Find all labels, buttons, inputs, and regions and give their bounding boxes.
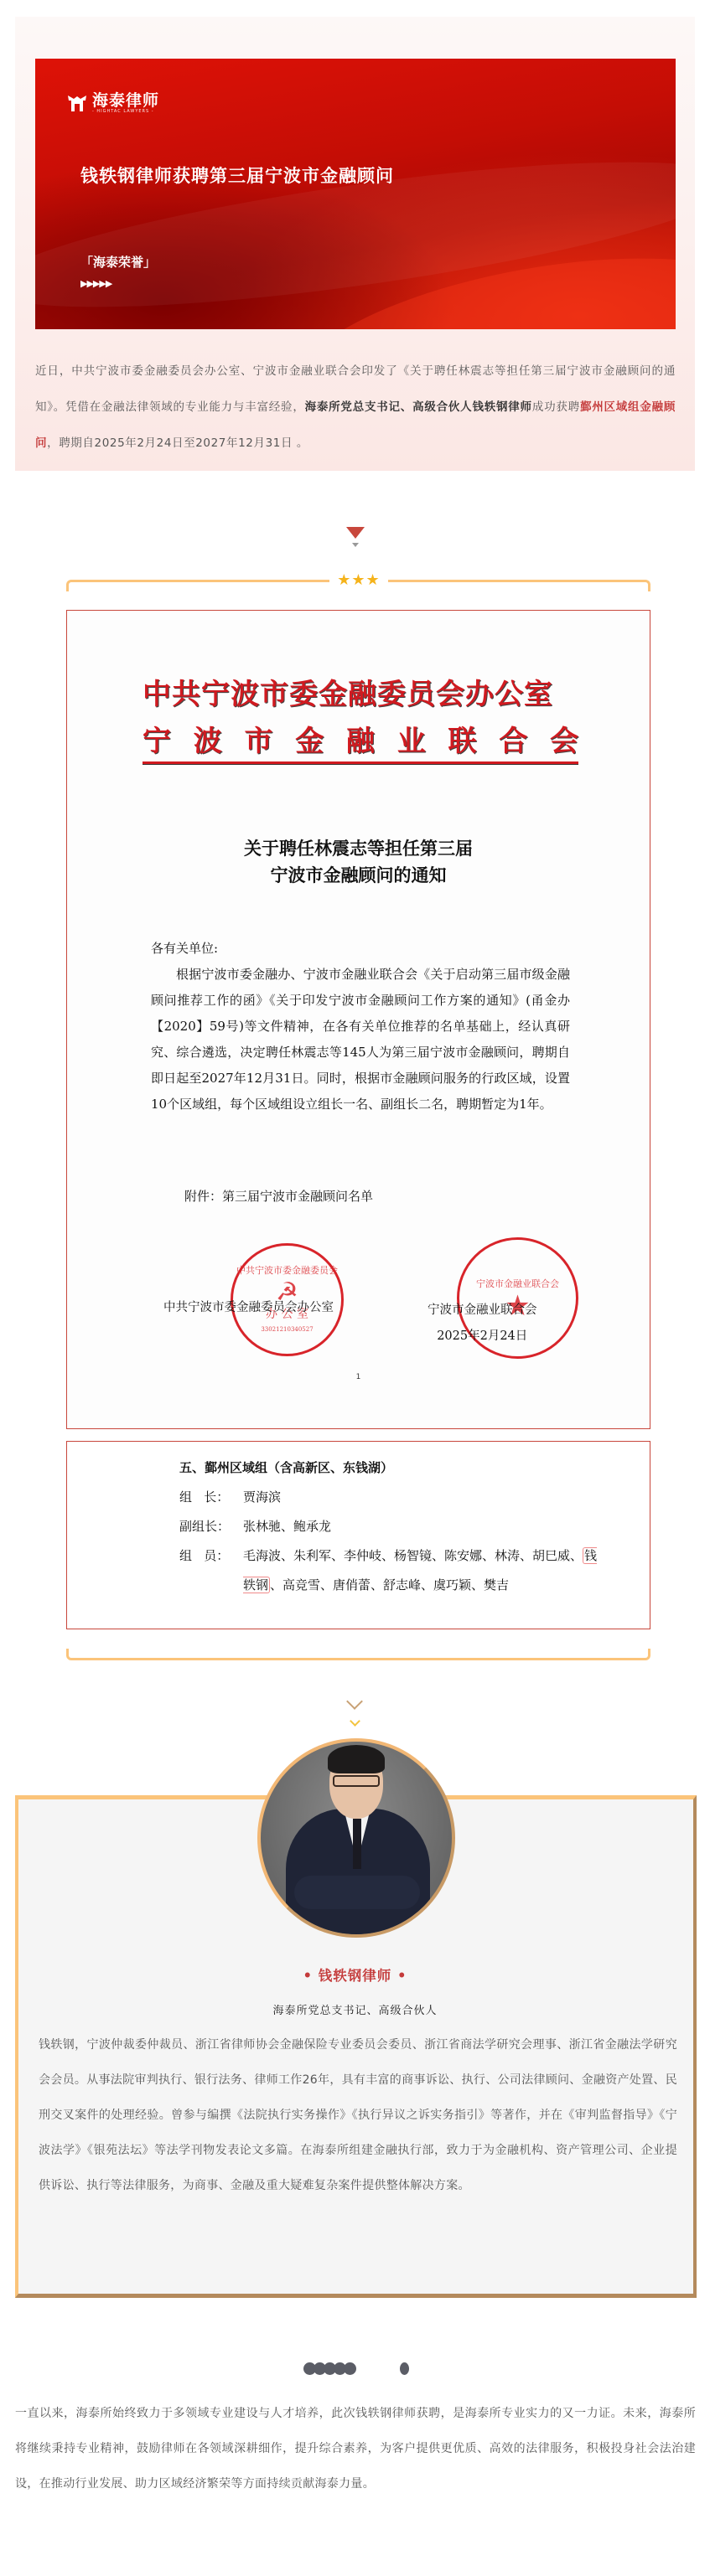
roster-row-members: 组 员： 毛海波、朱利军、李仲岐、杨智镜、陈安娜、林涛、胡巳威、钱轶钢、高竞雪、… bbox=[179, 1541, 604, 1600]
roster-label: 副组长： bbox=[179, 1512, 243, 1541]
roster-heading: 五、鄞州区域组（含高新区、东钱湖） bbox=[179, 1453, 604, 1483]
seal-code: 33021210340527 bbox=[236, 1322, 338, 1337]
triangle-down-icon bbox=[346, 527, 365, 539]
profile-title: 海泰所党总支书记、高级合伙人 bbox=[0, 2001, 710, 2017]
logo-tagline: - HIGHTAC LAWYERS - bbox=[92, 109, 159, 114]
dot-icon bbox=[400, 2362, 409, 2375]
issuer-char: 联 bbox=[448, 718, 477, 759]
logo-name: 海泰律师 bbox=[92, 92, 159, 109]
issuer-char: 会 bbox=[550, 718, 578, 759]
issuer-char: 融 bbox=[346, 718, 375, 759]
roster-row-deputy: 副组长： 张林驰、鲍承龙 bbox=[179, 1512, 604, 1541]
closing-paragraph: 一直以来，海泰所始终致力于多领域专业建设与人才培养，此次钱轶钢律师获聘，是海泰所… bbox=[15, 2396, 696, 2501]
profile-bio: 钱轶钢，宁波仲裁委仲裁员、浙江省律师协会金融保险专业委员会委员、浙江省商法学研究… bbox=[39, 2027, 677, 2203]
portrait-glasses bbox=[333, 1775, 380, 1787]
document-salutation: 各有关单位: bbox=[151, 936, 570, 962]
document-attachment: 附件：第三届宁波市金融顾问名单 bbox=[184, 1187, 373, 1205]
document-title-line2: 宁波市金融顾问的通知 bbox=[67, 862, 650, 889]
roster-value: 贾海滨 bbox=[243, 1483, 604, 1512]
logo-mark-icon bbox=[67, 93, 87, 113]
signature-name: 宁波市金融业联合会 bbox=[428, 1298, 537, 1324]
intro-text: ，聘期自2025年2月24日至2027年12月31日 。 bbox=[47, 436, 308, 450]
roster-value: 张林驰、鲍承龙 bbox=[243, 1512, 604, 1541]
stars-icon: ★★★ bbox=[329, 572, 388, 589]
intro-highlight-bold: 海泰所党总支书记、高级合伙人钱轶钢律师 bbox=[305, 400, 532, 414]
signature-issuer1: 中共宁波市委金融委员会办公室 bbox=[163, 1298, 334, 1315]
roster-label: 组 长： bbox=[179, 1483, 243, 1512]
portrait-tie bbox=[353, 1819, 361, 1869]
seal-text: 中共宁波市委金融委员会 bbox=[236, 1263, 338, 1278]
header-banner: 海泰律师 - HIGHTAC LAWYERS - 钱轶钢律师获聘第三届宁波市金融… bbox=[35, 59, 676, 329]
chevron-down-icon bbox=[346, 1693, 363, 1710]
issuer-char: 合 bbox=[499, 718, 527, 759]
gold-bracket-bottom bbox=[66, 1649, 650, 1660]
brand-logo: 海泰律师 - HIGHTAC LAWYERS - bbox=[67, 92, 159, 114]
roster-label: 组 员： bbox=[179, 1541, 243, 1600]
document-body-text: 根据宁波市委金融办、宁波市金融业联合会《关于启动第三届市级金融顾问推荐工作的函》… bbox=[151, 962, 570, 1118]
signature-issuer2: 宁波市金融业联合会 2025年2月24日 bbox=[428, 1298, 537, 1350]
arrows-icon: ▶▶▶▶▶ bbox=[80, 278, 111, 289]
banner-tag: 「海泰荣誉」 bbox=[80, 253, 156, 271]
document-issuer-line2: 宁 波 市 金 融 业 联 合 会 bbox=[143, 718, 578, 759]
dots-divider-icon bbox=[303, 2362, 354, 2375]
document-issuer-line1: 中共宁波市委金融委员会办公室 bbox=[143, 671, 578, 712]
document-title: 关于聘任林震志等担任第三届 宁波市金融顾问的通知 bbox=[67, 835, 650, 889]
members-text: 毛海波、朱利军、李仲岐、杨智镜、陈安娜、林涛、胡巳威、 bbox=[243, 1548, 583, 1563]
profile-name: • 钱轶钢律师 • bbox=[0, 1964, 710, 1985]
document-date: 2025年2月24日 bbox=[428, 1324, 537, 1350]
roster-excerpt: 五、鄞州区域组（含高新区、东钱湖） 组 长： 贾海滨 副组长： 张林驰、鲍承龙 … bbox=[66, 1441, 650, 1629]
issuer-char: 市 bbox=[245, 718, 273, 759]
intro-text: 成功获聘 bbox=[532, 400, 580, 414]
red-header-rule bbox=[143, 761, 578, 765]
notice-document: 中共宁波市委金融委员会办公室 宁 波 市 金 融 业 联 合 会 关于聘任林震志… bbox=[66, 610, 650, 1429]
lawyer-portrait bbox=[257, 1738, 455, 1938]
dot bbox=[344, 2362, 356, 2375]
roster-row-leader: 组 长： 贾海滨 bbox=[179, 1483, 604, 1512]
document-body: 各有关单位: 根据宁波市委金融办、宁波市金融业联合会《关于启动第三届市级金融顾问… bbox=[151, 936, 570, 1118]
page-number: 1 bbox=[67, 1373, 650, 1381]
banner-title: 钱轶钢律师获聘第三届宁波市金融顾问 bbox=[80, 163, 394, 188]
portrait-hair bbox=[328, 1745, 385, 1773]
document-title-line1: 关于聘任林震志等担任第三届 bbox=[67, 835, 650, 862]
issuer-char: 金 bbox=[295, 718, 324, 759]
triangle-down-small-icon bbox=[352, 543, 359, 547]
portrait-arms bbox=[294, 1876, 420, 1909]
issuer-char: 波 bbox=[194, 718, 222, 759]
issuer-char: 业 bbox=[397, 718, 426, 759]
issuer-char: 宁 bbox=[143, 718, 171, 759]
chevron-down-small-icon bbox=[350, 1716, 360, 1727]
roster-value: 毛海波、朱利军、李仲岐、杨智镜、陈安娜、林涛、胡巳威、钱轶钢、高竞雪、唐俏蕾、舒… bbox=[243, 1541, 604, 1600]
intro-paragraph: 近日，中共宁波市委金融委员会办公室、宁波市金融业联合会印发了《关于聘任林震志等担… bbox=[35, 354, 676, 462]
members-text: 、高竞雪、唐俏蕾、舒志峰、虞巧颖、樊吉 bbox=[270, 1577, 509, 1593]
